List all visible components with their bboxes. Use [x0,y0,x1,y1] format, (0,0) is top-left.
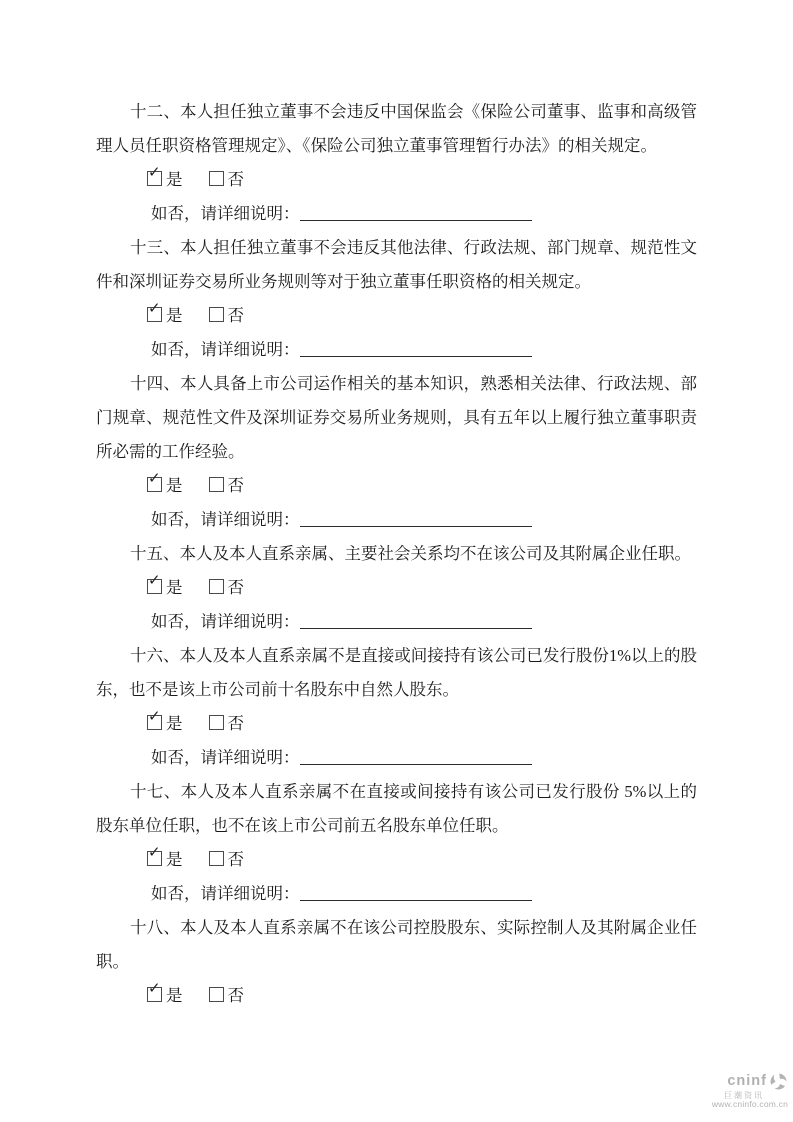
checkbox-checked-icon[interactable]: ✓ [147,579,162,594]
checkbox-checked-icon[interactable]: ✓ [147,715,162,730]
yes-label: 是 [166,306,183,325]
yes-label: 是 [166,714,183,733]
declaration-item-13: 十三、本人担任独立董事不会违反其他法律、行政法规、部门规章、规范性文件和深圳证券… [96,231,697,367]
yes-no-row: ✓是否 [96,469,697,503]
followup-row: 如否，请详细说明： [96,197,697,231]
checkbox-unchecked-icon[interactable] [209,307,224,322]
item-text: 十四、本人具备上市公司运作相关的基本知识，熟悉相关法律、行政法规、部门规章、规范… [96,367,697,469]
no-option[interactable]: 否 [209,843,245,877]
yes-no-row: ✓是否 [96,571,697,605]
declaration-item-15: 十五、本人及本人直系亲属、主要社会关系均不在该公司及其附属企业任职。 ✓是否 如… [96,537,697,639]
yes-label: 是 [166,170,183,189]
check-mark-icon: ✓ [148,982,161,997]
checkbox-unchecked-icon[interactable] [209,171,224,186]
no-option[interactable]: 否 [209,163,245,197]
yes-no-row: ✓是否 [96,163,697,197]
no-option[interactable]: 否 [209,299,245,333]
followup-label: 如否，请详细说明： [151,748,300,767]
explanation-blank-field[interactable] [300,342,532,357]
yes-label: 是 [166,476,183,495]
yes-label: 是 [166,850,183,869]
yes-label: 是 [166,578,183,597]
followup-label: 如否，请详细说明： [151,510,300,529]
followup-row: 如否，请详细说明： [96,333,697,367]
yes-option[interactable]: ✓是 [147,979,183,1013]
yes-option[interactable]: ✓是 [147,707,183,741]
explanation-blank-field[interactable] [300,886,532,901]
followup-row: 如否，请详细说明： [96,877,697,911]
yes-option[interactable]: ✓是 [147,843,183,877]
no-option[interactable]: 否 [209,979,245,1013]
document-page: 十二、本人担任独立董事不会违反中国保监会《保险公司董事、监事和高级管理人员任职资… [0,0,793,1122]
checkbox-checked-icon[interactable]: ✓ [147,307,162,322]
no-label: 否 [228,986,245,1005]
check-mark-icon: ✓ [148,472,161,487]
followup-row: 如否，请详细说明： [96,503,697,537]
yes-no-row: ✓是否 [96,299,697,333]
yes-option[interactable]: ✓是 [147,469,183,503]
declaration-item-16: 十六、本人及本人直系亲属不是直接或间接持有该公司已发行股份1%以上的股东，也不是… [96,639,697,775]
checkbox-unchecked-icon[interactable] [209,477,224,492]
followup-label: 如否，请详细说明： [151,204,300,223]
no-option[interactable]: 否 [209,469,245,503]
explanation-blank-field[interactable] [300,206,532,221]
checkbox-checked-icon[interactable]: ✓ [147,477,162,492]
item-text: 十七、本人及本人直系亲属不在直接或间接持有该公司已发行股份 5%以上的股东单位任… [96,775,697,843]
declaration-item-17: 十七、本人及本人直系亲属不在直接或间接持有该公司已发行股份 5%以上的股东单位任… [96,775,697,911]
declaration-item-14: 十四、本人具备上市公司运作相关的基本知识，熟悉相关法律、行政法规、部门规章、规范… [96,367,697,537]
watermark-brand-row: cninf [712,1072,788,1091]
yes-no-row: ✓是否 [96,843,697,877]
followup-label: 如否，请详细说明： [151,340,300,359]
item-text: 十三、本人担任独立董事不会违反其他法律、行政法规、部门规章、规范性文件和深圳证券… [96,231,697,299]
followup-label: 如否，请详细说明： [151,612,300,631]
no-label: 否 [228,714,245,733]
cninfo-brand-text: cninf [727,1073,767,1090]
no-label: 否 [228,578,245,597]
followup-row: 如否，请详细说明： [96,605,697,639]
checkbox-checked-icon[interactable]: ✓ [147,851,162,866]
cninfo-logo-icon [769,1072,788,1091]
check-mark-icon: ✓ [148,846,161,861]
item-text: 十五、本人及本人直系亲属、主要社会关系均不在该公司及其附属企业任职。 [96,537,697,571]
yes-no-row: ✓是否 [96,979,697,1013]
yes-no-row: ✓是否 [96,707,697,741]
yes-label: 是 [166,986,183,1005]
followup-row: 如否，请详细说明： [96,741,697,775]
no-label: 否 [228,306,245,325]
yes-option[interactable]: ✓是 [147,163,183,197]
yes-option[interactable]: ✓是 [147,299,183,333]
item-text: 十六、本人及本人直系亲属不是直接或间接持有该公司已发行股份1%以上的股东，也不是… [96,639,697,707]
checkbox-unchecked-icon[interactable] [209,987,224,1002]
item-text: 十八、本人及本人直系亲属不在该公司控股股东、实际控制人及其附属企业任职。 [96,911,697,979]
explanation-blank-field[interactable] [300,512,532,527]
explanation-blank-field[interactable] [300,750,532,765]
cninfo-url: www.cninfo.com.cn [712,1100,788,1110]
followup-label: 如否，请详细说明： [151,884,300,903]
check-mark-icon: ✓ [148,574,161,589]
no-label: 否 [228,170,245,189]
check-mark-icon: ✓ [148,302,161,317]
no-option[interactable]: 否 [209,707,245,741]
item-text: 十二、本人担任独立董事不会违反中国保监会《保险公司董事、监事和高级管理人员任职资… [96,95,697,163]
checkbox-unchecked-icon[interactable] [209,715,224,730]
declaration-item-12: 十二、本人担任独立董事不会违反中国保监会《保险公司董事、监事和高级管理人员任职资… [96,95,697,231]
check-mark-icon: ✓ [148,166,161,181]
declaration-item-18: 十八、本人及本人直系亲属不在该公司控股股东、实际控制人及其附属企业任职。 ✓是否 [96,911,697,1013]
checkbox-checked-icon[interactable]: ✓ [147,171,162,186]
cninfo-watermark: cninf 巨潮资讯 www.cninfo.com.cn [712,1072,788,1110]
check-mark-icon: ✓ [148,710,161,725]
checkbox-checked-icon[interactable]: ✓ [147,987,162,1002]
explanation-blank-field[interactable] [300,614,532,629]
checkbox-unchecked-icon[interactable] [209,851,224,866]
no-option[interactable]: 否 [209,571,245,605]
no-label: 否 [228,476,245,495]
no-label: 否 [228,850,245,869]
yes-option[interactable]: ✓是 [147,571,183,605]
checkbox-unchecked-icon[interactable] [209,579,224,594]
